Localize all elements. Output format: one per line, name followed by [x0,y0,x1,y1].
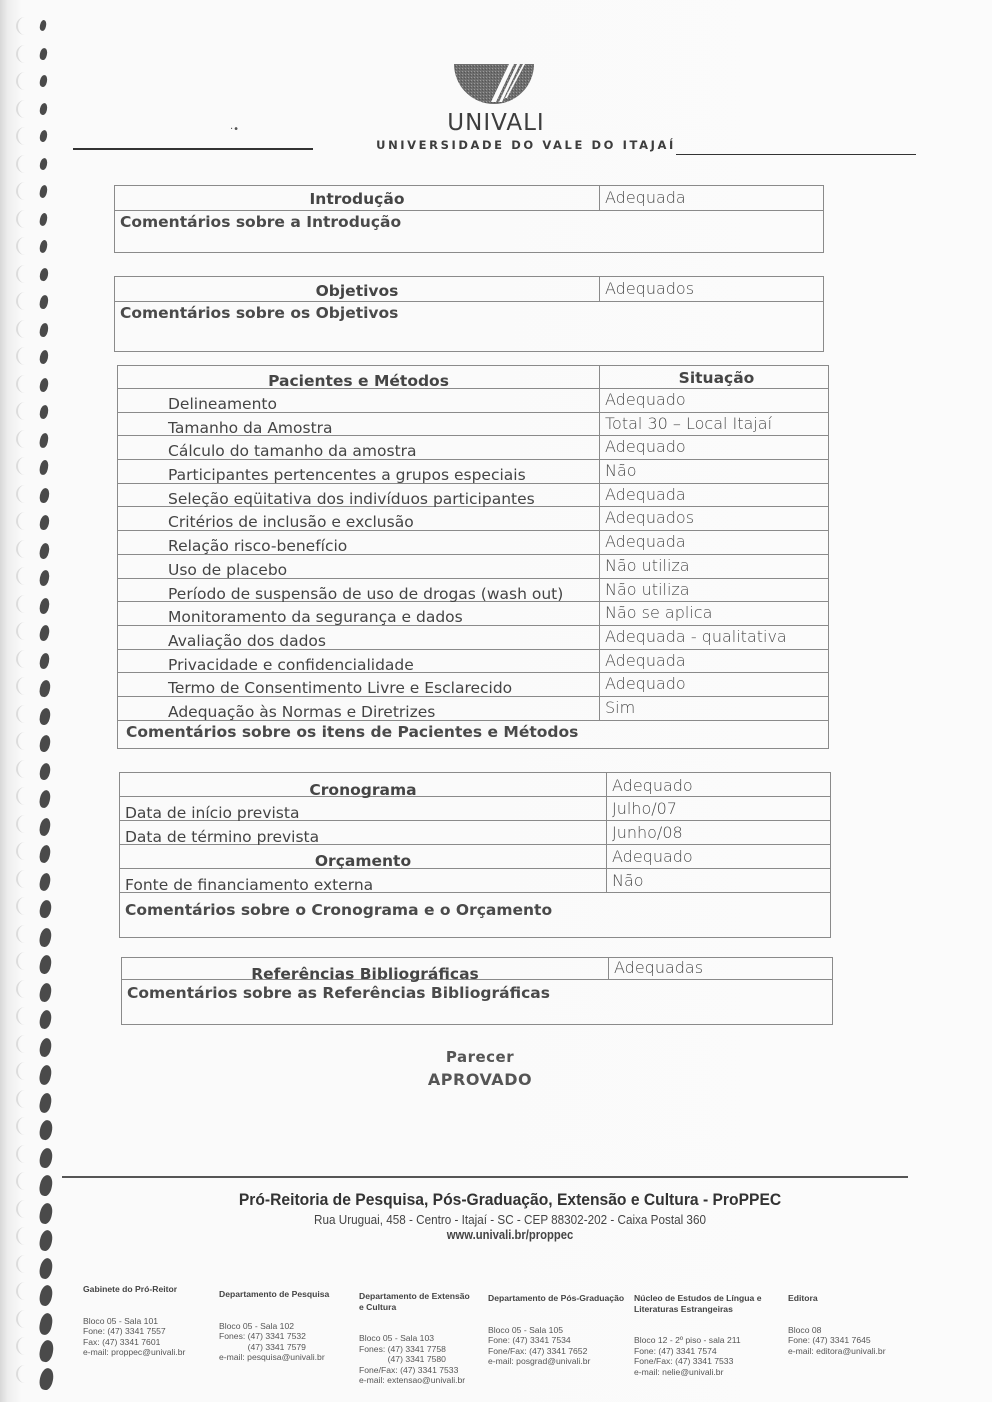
binding-ring-icon [38,789,51,808]
data-inicio-value: Julho/07 [606,797,830,820]
binding-hole-icon [16,540,34,558]
item-label: Período de suspensão de uso de drogas (w… [118,579,599,602]
pacientes-metodos-items: DelineamentoAdequadoTamanho da AmostraTo… [118,389,828,721]
binding-hole-icon [16,512,34,530]
binding-hole-icon [16,402,34,420]
binding-hole-icon [16,595,34,613]
contact-lines: Bloco 05 - Sala 103 Fones: (47) 3341 775… [359,1333,470,1386]
binding-ring-icon [39,487,51,504]
binding-hole-icon [16,815,34,833]
table-row: Critérios de inclusão e exclusãoAdequado… [118,507,828,531]
item-label: Uso de placebo [118,555,599,578]
situacao-header: Situação [599,366,828,388]
binding-hole-icon [16,457,34,475]
item-label: Relação risco-benefício [118,531,599,554]
binding-ring-icon [39,514,51,531]
contact-lines: Bloco 12 - 2º piso - sala 211 Fone: (47)… [634,1335,762,1377]
univali-logo-icon [453,62,535,106]
parecer-value: APROVADO [0,1070,960,1089]
binding-hole-icon [16,952,34,970]
item-status: Adequados [599,507,828,530]
binding-ring-icon [39,322,50,337]
binding-hole-icon [16,1255,34,1273]
contact-pesquisa: Departamento de Pesquisa Bloco 05 - Sala… [219,1268,329,1384]
binding-ring-icon [38,569,50,586]
item-status: Adequado [599,436,828,459]
item-label: Privacidade e confidencialidade [118,650,599,673]
item-status: Não utiliza [599,579,828,602]
item-label: Delineamento [118,389,599,412]
table-row: Seleção eqüitativa dos indivíduos partic… [118,484,828,508]
binding-hole-icon [16,375,34,393]
binding-ring-icon [38,1284,54,1308]
binding-ring-icon [39,212,49,226]
referencias-comment-label: Comentários sobre as Referências Bibliog… [122,980,555,1024]
binding-hole-icon [16,237,34,255]
cronograma-status: Adequado [606,773,830,796]
item-label: Cálculo do tamanho da amostra [118,436,599,459]
item-status: Adequada [599,484,828,507]
table-row: Uso de placeboNão utiliza [118,555,828,579]
binding-ring-icon [39,294,49,309]
contact-extensao: Departamento de Extensão e Cultura Bloco… [359,1270,470,1402]
binding-hole-icon [16,182,34,200]
binding-ring-icon [38,872,52,892]
data-termino-value: Junho/08 [606,821,830,844]
binding-ring-icon [38,652,51,670]
binding-ring-icon [39,459,50,475]
binding-ring-icon [38,1311,55,1335]
cronograma-title: Cronograma [120,773,606,796]
binding-hole-icon [16,347,34,365]
orcamento-status: Adequado [606,845,830,868]
binding-ring-icon [39,239,49,253]
binding-hole-icon [16,265,34,283]
contact-title: Gabinete do Pró-Reitor [83,1284,185,1295]
binding-hole-icon [16,1200,34,1218]
binding-hole-icon [16,567,34,585]
binding-hole-icon [16,1090,34,1108]
binding-hole-icon [16,1117,34,1135]
table-row: Período de suspensão de uso de drogas (w… [118,579,828,603]
binding-hole-icon [16,925,34,943]
binding-hole-icon [16,1365,34,1383]
binding-hole-icon [16,1172,34,1190]
binding-hole-icon [16,842,34,860]
table-row: Monitoramento da segurança e dadosNão se… [118,602,828,626]
scan-mark: ·• [230,124,239,135]
binding-hole-icon [16,485,34,503]
referencias-status: Adequadas [608,958,832,979]
binding-hole-icon [16,17,34,35]
item-status: Total 30 – Local Itajaí [599,413,828,436]
binding-ring-icon [39,267,49,282]
binding-ring-icon [38,679,51,697]
binding-hole-icon [16,1007,34,1025]
pacientes-metodos-comment-label: Comentários sobre os itens de Pacientes … [118,721,583,761]
item-status: Adequada - qualitativa [599,626,828,649]
binding-hole-icon [16,72,34,90]
binding-ring-icon [38,542,50,559]
item-status: Não se aplica [599,602,828,625]
binding-ring-icon [38,927,52,947]
item-status: Sim [599,697,828,720]
binding-hole-icon [16,1337,34,1355]
binding-ring-icon [39,377,50,393]
binding-ring-icon [38,982,53,1003]
binding-ring-icon [38,597,50,615]
contact-title: Departamento de Pesquisa [219,1289,329,1300]
referencias-box: Referências Bibliográficas Adequadas Com… [121,957,833,1025]
spiral-binding [0,0,60,1402]
introducao-box: Introdução Adequada Comentários sobre a … [114,185,824,253]
binding-ring-icon [39,404,50,420]
binding-ring-icon [38,1201,54,1224]
table-row: Participantes pertencentes a grupos espe… [118,460,828,484]
binding-ring-icon [38,1147,54,1169]
binding-hole-icon [16,210,34,228]
binding-hole-icon [16,1145,34,1163]
referencias-title: Referências Bibliográficas [122,958,608,979]
orcamento-title: Orçamento [120,845,606,868]
item-label: Adequação às Normas e Diretrizes [118,697,599,720]
table-row: Avaliação dos dadosAdequada - qualitativ… [118,626,828,650]
table-row: Cálculo do tamanho da amostraAdequado [118,436,828,460]
binding-ring-icon [39,184,49,198]
brand-name: UNIVALI [0,110,992,136]
introducao-title: Introdução [115,186,599,210]
footer-address: Rua Uruguai, 458 - Centro - Itajaí - SC … [105,1212,915,1227]
footer-url[interactable]: www.univali.br/proppec [105,1228,915,1242]
objetivos-status: Adequados [599,277,823,301]
contact-editora: Editora Bloco 08 Fone: (47) 3341 7645 e-… [788,1272,886,1377]
table-row: Adequação às Normas e DiretrizesSim [118,697,828,721]
item-status: Adequada [599,531,828,554]
item-label: Participantes pertencentes a grupos espe… [118,460,599,483]
binding-hole-icon [16,980,34,998]
contact-lines: Bloco 05 - Sala 105 Fone: (47) 3341 7534… [488,1325,624,1367]
item-label: Seleção eqüitativa dos indivíduos partic… [118,484,599,507]
contact-title: Departamento de Extensão e Cultura [359,1291,470,1312]
parecer-label: Parecer [0,1048,960,1066]
binding-ring-icon [39,19,48,31]
binding-hole-icon [16,705,34,723]
binding-ring-icon [38,1009,53,1030]
contact-title: Editora [788,1293,886,1304]
cronograma-orcamento-box: Cronograma Adequado Data de início previ… [119,772,831,938]
binding-hole-icon [16,292,34,310]
data-termino-label: Data de término prevista [120,821,606,844]
binding-hole-icon [16,1282,34,1300]
pacientes-metodos-title: Pacientes e Métodos [118,366,599,388]
binding-hole-icon [16,320,34,338]
contact-title: Núcleo de Estudos de Língua e Literatura… [634,1293,762,1314]
financiamento-value: Não [606,869,830,892]
binding-ring-icon [38,1366,55,1390]
binding-hole-icon [16,760,34,778]
binding-ring-icon [38,624,50,642]
introducao-comment-label: Comentários sobre a Introdução [115,211,406,252]
header-rule-right [676,154,916,155]
brand-subtitle: UNIVERSIDADE DO VALE DO ITAJAÍ [0,138,992,152]
item-label: Critérios de inclusão e exclusão [118,507,599,530]
item-status: Adequado [599,389,828,412]
binding-hole-icon [16,45,34,63]
binding-ring-icon [38,1229,54,1252]
pacientes-metodos-box: Pacientes e Métodos Situação Delineament… [117,365,829,749]
contact-title: Departamento de Pós-Graduação [488,1293,624,1304]
item-status: Não [599,460,828,483]
table-row: Tamanho da AmostraTotal 30 – Local Itaja… [118,413,828,437]
binding-hole-icon [16,430,34,448]
item-status: Adequada [599,650,828,673]
binding-ring-icon [38,734,51,753]
item-status: Não utiliza [599,555,828,578]
binding-ring-icon [38,762,51,781]
binding-ring-icon [38,1092,53,1114]
contact-lines: Bloco 05 - Sala 102 Fones: (47) 3341 753… [219,1321,329,1363]
binding-hole-icon [16,870,34,888]
binding-hole-icon [16,155,34,173]
binding-hole-icon [16,787,34,805]
binding-ring-icon [38,954,52,975]
binding-ring-icon [39,157,49,171]
binding-ring-icon [39,74,48,87]
introducao-status: Adequada [599,186,823,210]
binding-ring-icon [38,707,51,725]
contact-posgraduacao: Departamento de Pós-Graduação Bloco 05 -… [488,1272,624,1388]
binding-ring-icon [38,1174,54,1197]
objetivos-box: Objetivos Adequados Comentários sobre os… [114,276,824,352]
table-row: Privacidade e confidencialidadeAdequada [118,650,828,674]
footer-rule [62,1176,908,1178]
binding-hole-icon [16,732,34,750]
item-label: Avaliação dos dados [118,626,599,649]
item-status: Adequado [599,673,828,696]
item-label: Tamanho da Amostra [118,413,599,436]
contact-lines: Bloco 08 Fone: (47) 3341 7645 e-mail: ed… [788,1325,886,1357]
contact-lines: Bloco 05 - Sala 101 Fone: (47) 3341 7557… [83,1316,185,1358]
objetivos-title: Objetivos [115,277,599,301]
binding-ring-icon [38,1256,54,1279]
binding-ring-icon [38,817,52,836]
contact-nelie: Núcleo de Estudos de Língua e Literatura… [634,1272,762,1398]
binding-hole-icon [16,622,34,640]
binding-hole-icon [16,897,34,915]
table-row: Relação risco-benefícioAdequada [118,531,828,555]
binding-ring-icon [39,349,50,364]
binding-ring-icon [39,47,48,60]
table-row: DelineamentoAdequado [118,389,828,413]
binding-ring-icon [38,1339,55,1363]
scanned-page: UNIVALI ·• UNIVERSIDADE DO VALE DO ITAJA… [0,0,992,1402]
binding-hole-icon [16,650,34,668]
financiamento-label: Fonte de financiamento externa [120,869,606,892]
objetivos-comment-label: Comentários sobre os Objetivos [115,302,403,351]
binding-hole-icon [16,1310,34,1328]
binding-hole-icon [16,1227,34,1245]
contact-gabinete: Gabinete do Pró-Reitor Bloco 05 - Sala 1… [83,1263,185,1379]
binding-ring-icon [38,899,52,919]
cronograma-orcamento-comment-label: Comentários sobre o Cronograma e o Orçam… [120,893,557,937]
binding-ring-icon [39,432,50,448]
binding-ring-icon [38,844,52,864]
binding-hole-icon [16,677,34,695]
binding-ring-icon [38,1119,53,1141]
item-label: Termo de Consentimento Livre e Esclareci… [118,673,599,696]
item-label: Monitoramento da segurança e dados [118,602,599,625]
data-inicio-label: Data de início prevista [120,797,606,820]
table-row: Termo de Consentimento Livre e Esclareci… [118,673,828,697]
footer-title: Pró-Reitoria de Pesquisa, Pós-Graduação,… [96,1190,924,1210]
